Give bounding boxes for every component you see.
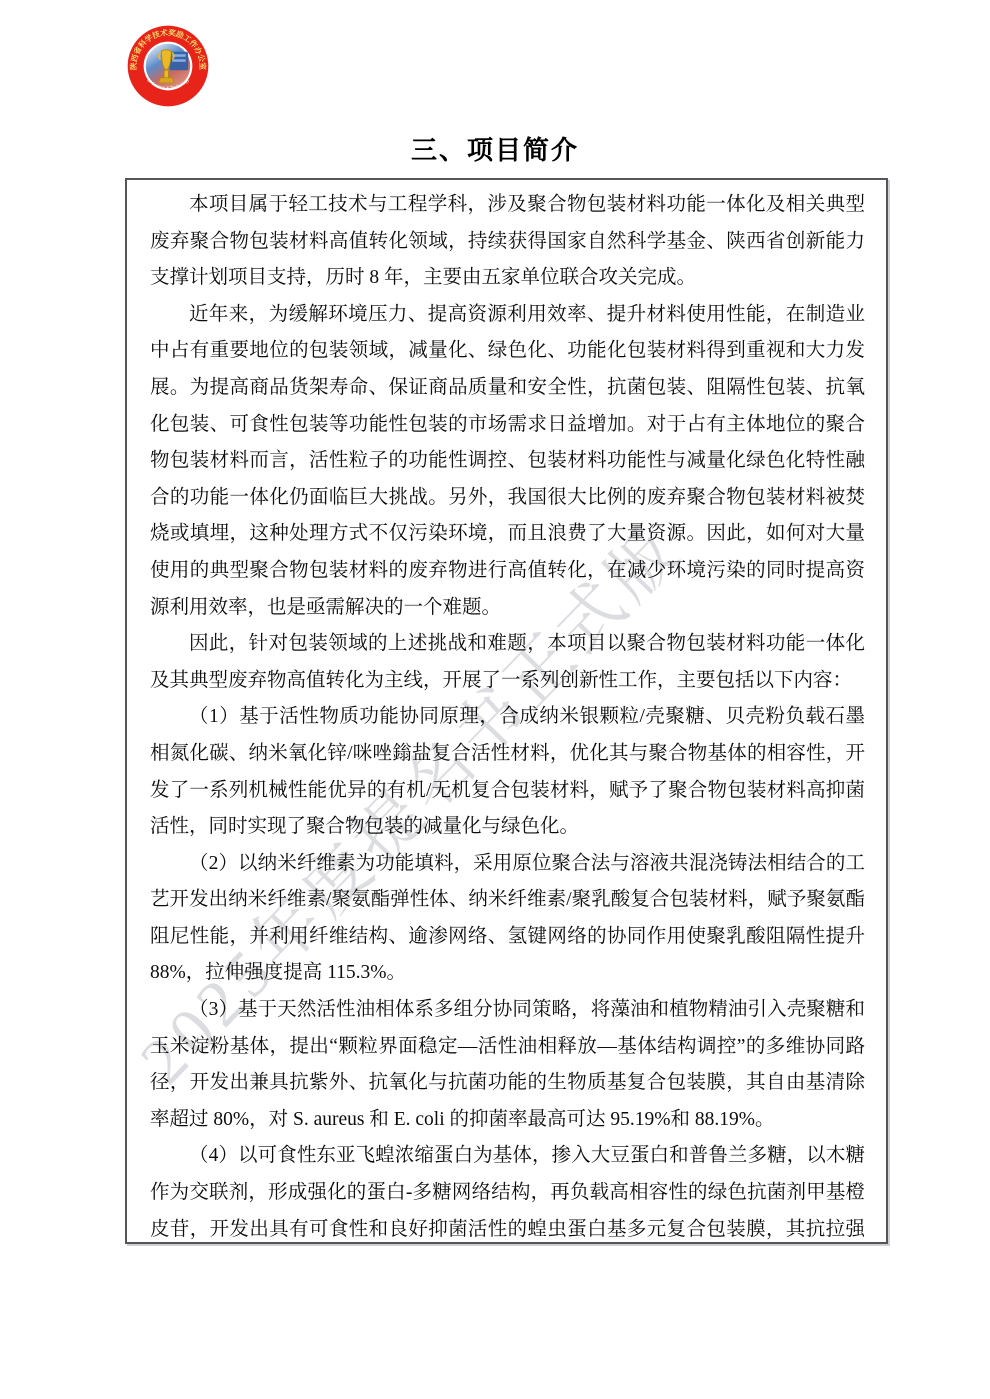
paragraph-item-4: （4）以可食性东亚飞蝗浓缩蛋白为基体，掺入大豆蛋白和普鲁兰多糖，以木糖作为交联剂… [150, 1138, 865, 1244]
project-summary-box: 本项目属于轻工技术与工程学科，涉及聚合物包装材料功能一体化及相关典型废弃聚合物包… [125, 178, 888, 1244]
section-title: 三、项目简介 [0, 130, 990, 167]
award-office-seal: 陕西省科学技术奖励工作办公室 Of Science & Technology [126, 24, 210, 108]
paragraph-item-2: （2）以纳米纤维素为功能填料，采用原位聚合法与溶液共混浇铸法相结合的工艺开发出纳… [150, 846, 865, 992]
paragraph-intro: 本项目属于轻工技术与工程学科，涉及聚合物包装材料功能一体化及相关典型废弃聚合物包… [150, 187, 865, 297]
building-window [172, 59, 185, 62]
paragraph-item-1: （1）基于活性物质功能协同原理，合成纳米银颗粒/壳聚糖、贝壳粉负载石墨相氮化碳、… [150, 699, 865, 845]
paragraph-item-3: （3）基于天然活性油相体系多组分协同策略，将藻油和植物精油引入壳聚糖和玉米淀粉基… [150, 992, 865, 1138]
seal-graphic: 陕西省科学技术奖励工作办公室 Of Science & Technology [126, 24, 210, 108]
document-page: 陕西省科学技术奖励工作办公室 Of Science & Technology 三… [0, 0, 990, 1399]
paragraph-mainline: 因此，针对包装领域的上述挑战和难题，本项目以聚合物包装材料功能一体化及其典型废弃… [150, 626, 865, 699]
paragraph-background: 近年来，为缓解环境压力、提高资源利用效率、提升材料使用性能，在制造业中占有重要地… [150, 297, 865, 626]
